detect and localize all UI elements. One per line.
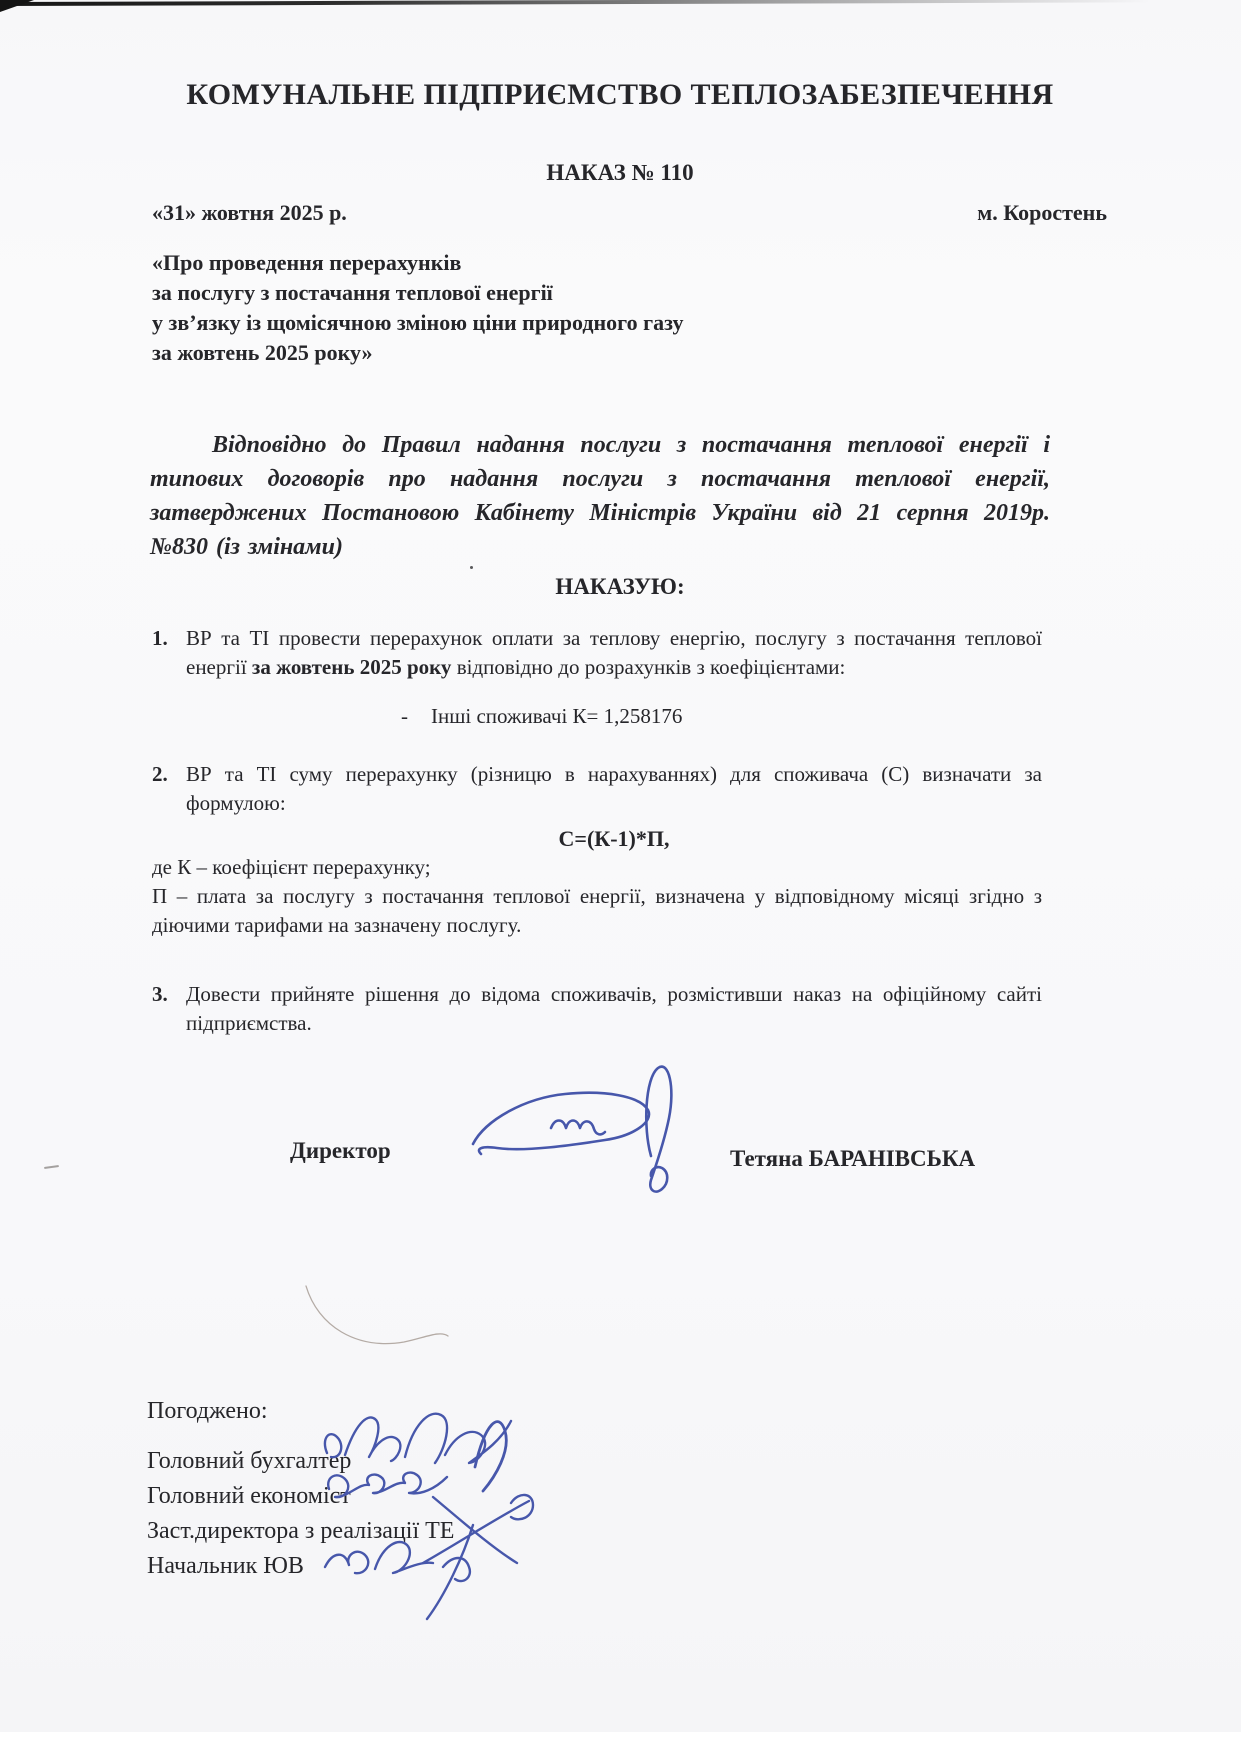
order-item-1: 1. ВР та ТІ провести перерахунок оплати … bbox=[152, 624, 1042, 731]
item1-text-bold: за жовтень 2025 року bbox=[252, 655, 452, 679]
item-text: ВР та ТІ суму перерахунку (різницю в нар… bbox=[186, 760, 1042, 940]
organization-title: КОМУНАЛЬНЕ ПІДПРИЄМСТВО ТЕПЛОЗАБЕЗПЕЧЕНН… bbox=[120, 78, 1120, 112]
formula-note-k: де К – коефіцієнт перерахунку; bbox=[152, 853, 1042, 882]
coefficient-value: Інші споживачі К= 1,258176 bbox=[431, 704, 682, 728]
director-name: Тетяна БАРАНІВСЬКА bbox=[730, 1146, 975, 1172]
bullet-dash: - bbox=[401, 702, 431, 731]
date-city-row: «31» жовтня 2025 р. м. Коростень bbox=[152, 200, 1107, 226]
order-number-heading: НАКАЗ № 110 bbox=[120, 160, 1120, 186]
subject-line: за послугу з постачання теплової енергії bbox=[152, 278, 912, 308]
approval-role-deputy-director: Заст.директора з реалізації ТЕ bbox=[147, 1514, 454, 1549]
recalc-formula: С=(К-1)*П, bbox=[186, 824, 1042, 853]
formula-note-p: П – плата за послугу з постачання теплов… bbox=[152, 882, 1042, 940]
subject-line: «Про проведення перерахунків bbox=[152, 248, 912, 278]
approval-role-chief-economist: Головний економіст bbox=[147, 1479, 454, 1514]
order-city: м. Коростень bbox=[977, 200, 1107, 226]
approval-role-legal-head: Начальник ЮВ bbox=[147, 1549, 454, 1584]
order-date: «31» жовтня 2025 р. bbox=[152, 200, 347, 226]
resolve-heading: НАКАЗУЮ: bbox=[120, 574, 1120, 600]
item-number: 1. bbox=[152, 624, 186, 731]
subject-line: за жовтень 2025 року» bbox=[152, 338, 912, 368]
order-subject: «Про проведення перерахунків за послугу … bbox=[152, 248, 912, 368]
approval-role-chief-accountant: Головний бухгалтер bbox=[147, 1444, 454, 1479]
order-item-3: 3. Довести прийняте рішення до відома сп… bbox=[152, 980, 1042, 1038]
scan-speck bbox=[470, 566, 473, 569]
item-text: ВР та ТІ провести перерахунок оплати за … bbox=[186, 624, 1042, 731]
coefficient-line: -Інші споживачі К= 1,258176 bbox=[186, 702, 1042, 731]
legal-preamble: Відповідно до Правил надання послуги з п… bbox=[150, 428, 1050, 564]
subject-line: у зв’язку із щомісячною зміною ціни прир… bbox=[152, 308, 912, 338]
approvals-list: Головний бухгалтер Головний економіст За… bbox=[147, 1444, 454, 1584]
scan-bottom-edge bbox=[0, 1732, 1241, 1754]
item2-text: ВР та ТІ суму перерахунку (різницю в нар… bbox=[186, 760, 1042, 818]
approvals-heading: Погоджено: bbox=[147, 1398, 268, 1425]
order-item-2: 2. ВР та ТІ суму перерахунку (різницю в … bbox=[152, 760, 1042, 940]
order-items: 1. ВР та ТІ провести перерахунок оплати … bbox=[152, 624, 1042, 1038]
item-text: Довести прийняте рішення до відома спожи… bbox=[186, 980, 1042, 1038]
item1-text-post: відповідно до розрахунків з коефіцієнтам… bbox=[451, 655, 845, 679]
director-role-label: Директор bbox=[290, 1138, 391, 1164]
item-number: 3. bbox=[152, 980, 186, 1038]
